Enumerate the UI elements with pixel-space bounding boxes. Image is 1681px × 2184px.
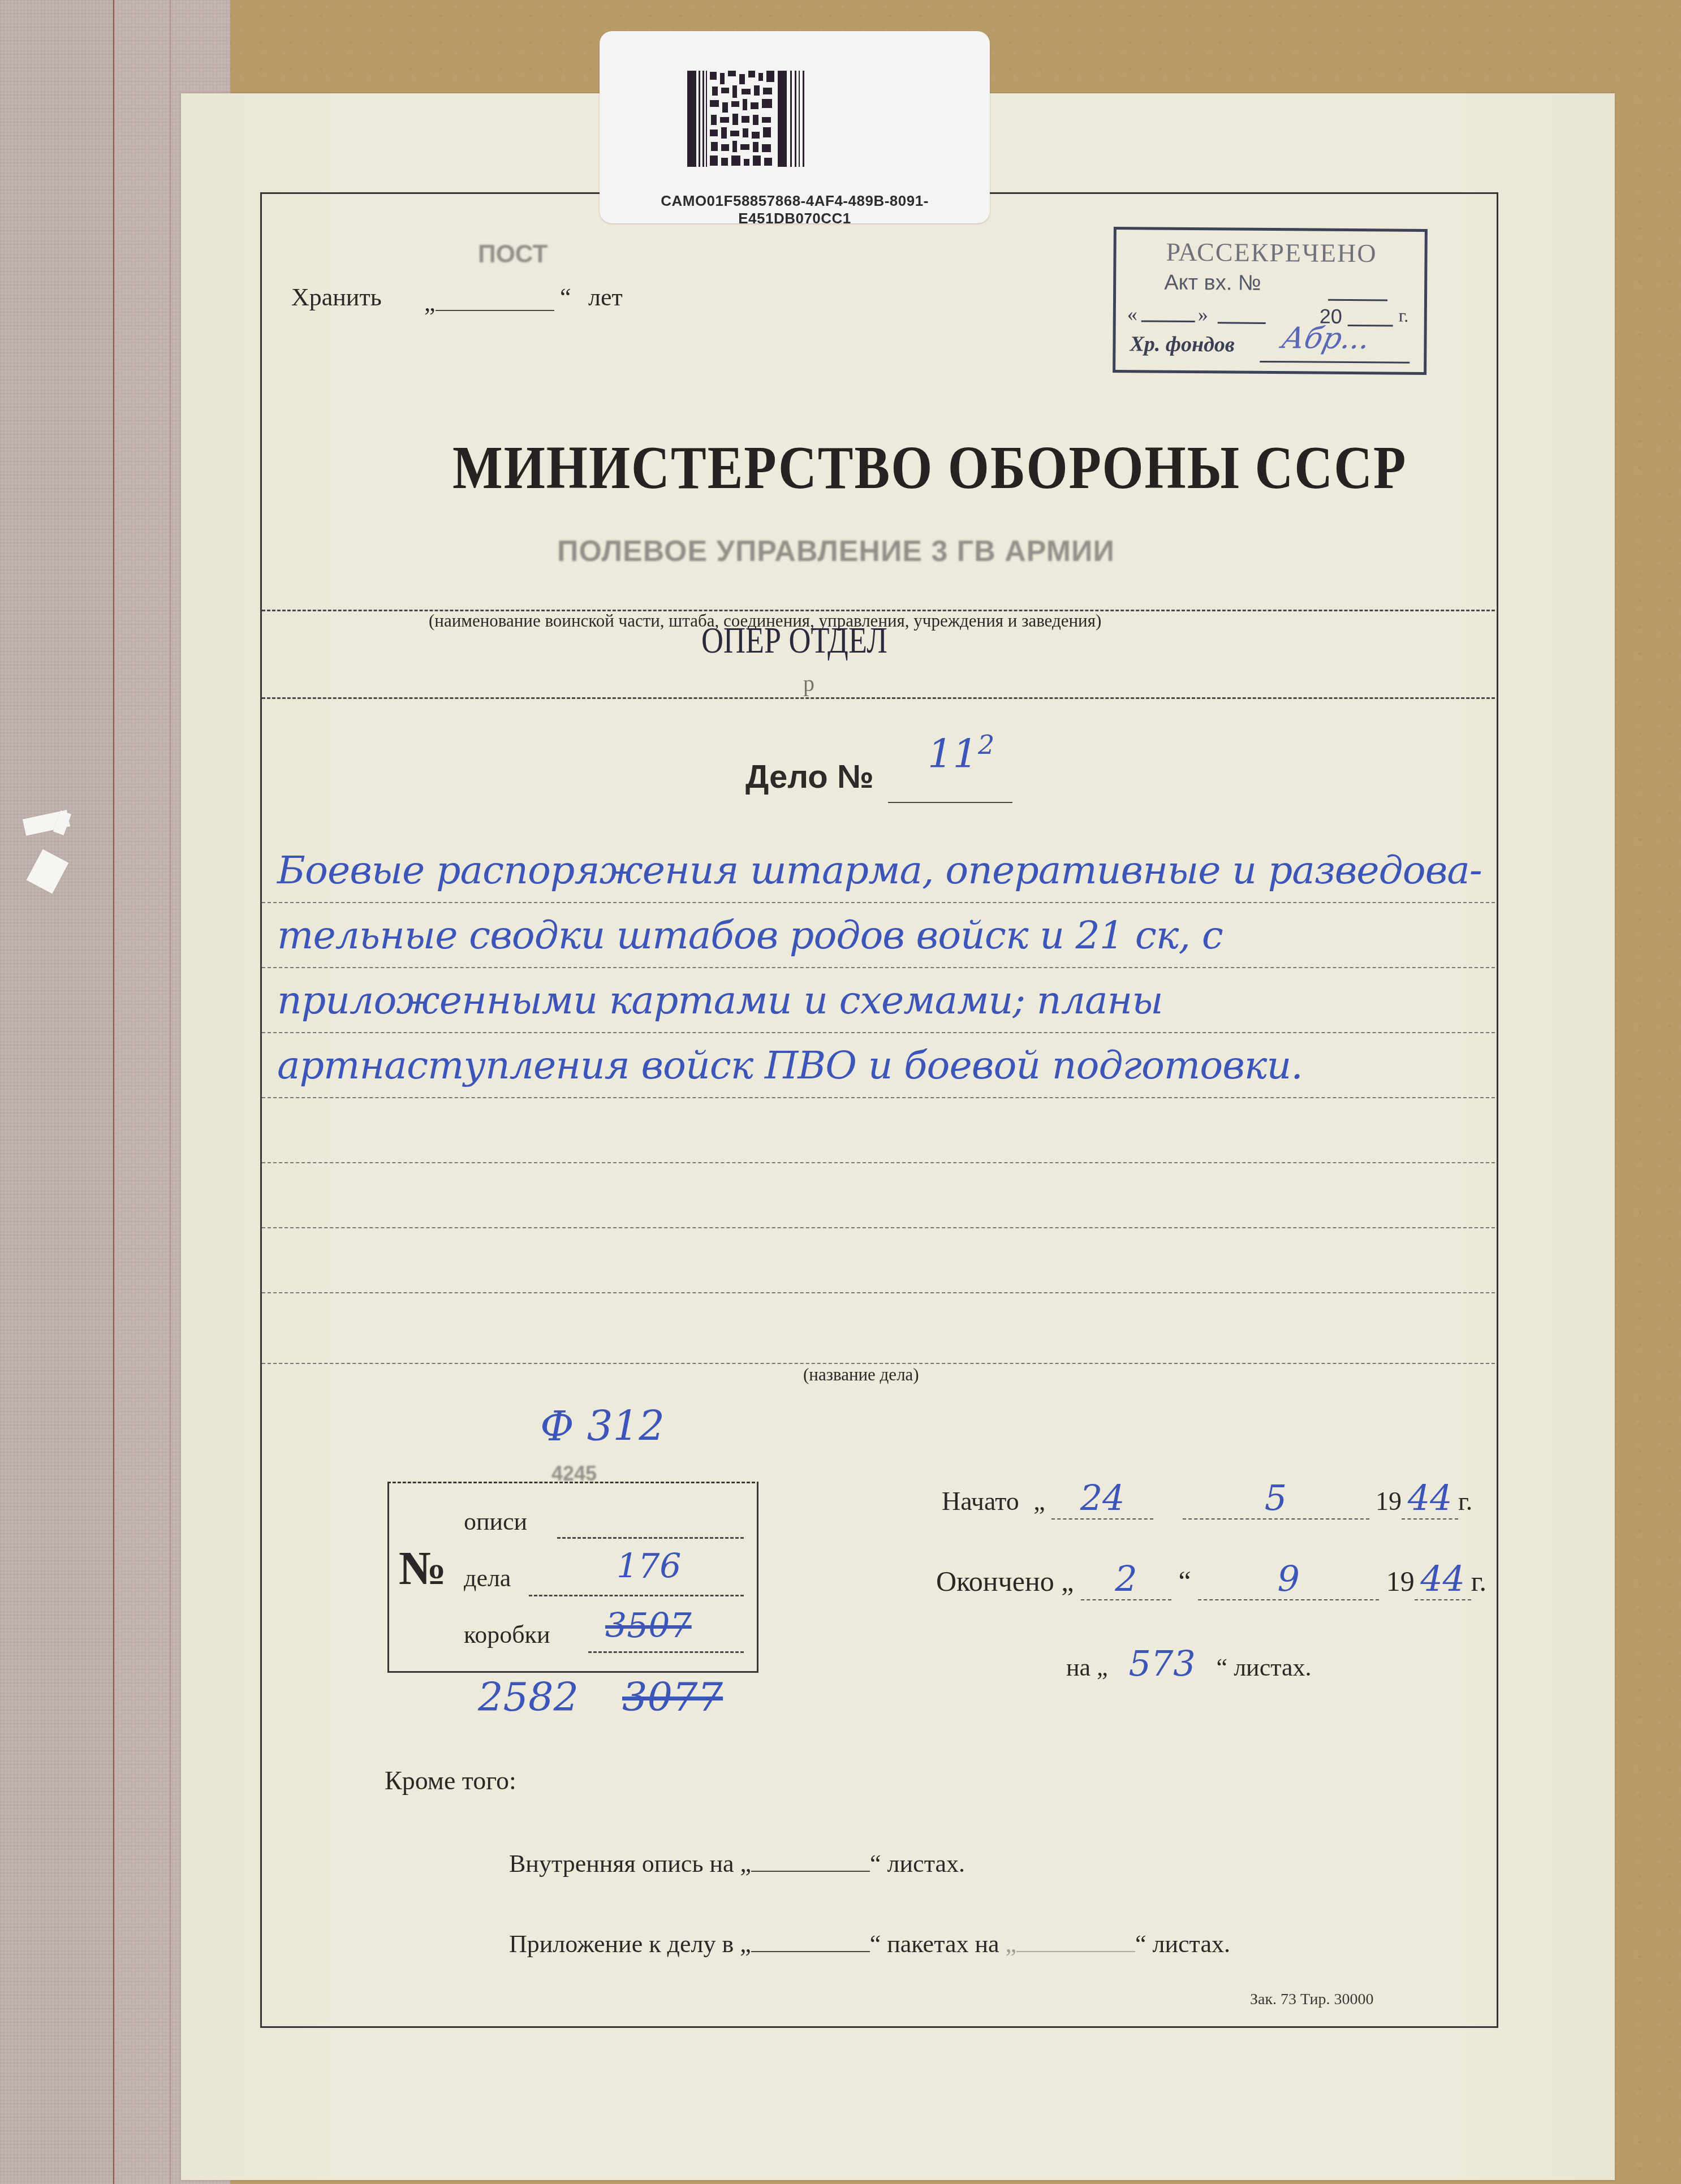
binding-seam <box>170 0 171 2184</box>
inventory-sheets-field[interactable] <box>751 1871 870 1872</box>
appendix-suffix: листах. <box>1153 1930 1230 1958</box>
title-rule-3 <box>262 1032 1495 1033</box>
title-rule-6 <box>262 1227 1495 1228</box>
fund-keeper-label: Хр. фондов <box>1130 331 1235 357</box>
department-stamp: ОПЕР ОТДЕЛ <box>701 619 887 661</box>
department-sub: р <box>803 670 814 697</box>
keep-years-field[interactable] <box>436 310 554 311</box>
barcode-id: CAMO01F58857868-4AF4-489B-8091-E451DB070… <box>614 192 976 227</box>
case-name-caption: (название дела) <box>803 1365 919 1385</box>
started-label: Начато <box>942 1487 1019 1516</box>
signature-line <box>1260 361 1410 364</box>
korobki-value-struck[interactable]: 3507 <box>605 1606 692 1646</box>
case-title-line-3[interactable]: приложенными картами и схемами; планы <box>277 978 1163 1023</box>
quote-close: “ <box>1178 1565 1191 1597</box>
quote-open: „ <box>1033 1487 1045 1516</box>
box-number-new[interactable]: 2582 <box>478 1674 579 1720</box>
sheets-count[interactable]: 573 <box>1114 1643 1210 1684</box>
years-label: лет <box>588 283 623 312</box>
case-number-label: Дело № <box>745 758 874 796</box>
appendix-packets-field[interactable] <box>751 1951 870 1952</box>
sheets-row: на „ 573 “ листах. <box>1066 1643 1311 1684</box>
inventory-prefix: Внутренняя опись на <box>509 1850 734 1877</box>
ended-label: Окончено <box>936 1565 1054 1597</box>
case-title-line-1[interactable]: Боевые распоряжения штарма, оперативные … <box>277 848 1482 893</box>
declassified-title: РАССЕКРЕЧЕНО <box>1166 237 1377 269</box>
title-rule-1 <box>262 902 1495 903</box>
started-row: Начато „ 24 5 1944г. <box>942 1477 1472 1520</box>
keeper-signature: Абр... <box>1279 321 1373 356</box>
title-rule-4 <box>262 1097 1495 1098</box>
print-info: Зак. 73 Тир. 30000 <box>1250 1991 1373 2009</box>
close-quote: “ <box>560 283 571 312</box>
ended-day[interactable]: 2 <box>1081 1558 1171 1600</box>
started-year[interactable]: 44 <box>1402 1477 1458 1520</box>
title-rule-8 <box>262 1363 1495 1364</box>
inventory-suffix: листах. <box>887 1850 965 1877</box>
quote-open: „ <box>1097 1654 1108 1681</box>
year-suffix: г. <box>1471 1565 1486 1597</box>
title-rule-2 <box>262 967 1495 968</box>
sheets-prefix: на <box>1066 1654 1091 1681</box>
appendix-mid: пакетах на <box>887 1930 999 1958</box>
case-number-line <box>888 802 1012 803</box>
keep-label: Хранить <box>291 283 382 312</box>
act-number-label: Акт вх. № <box>1164 271 1261 296</box>
ended-century: 19 <box>1386 1565 1415 1597</box>
sheets-suffix: листах. <box>1234 1654 1311 1681</box>
korobki-field-line <box>588 1651 744 1653</box>
quote-close: “ <box>1217 1654 1228 1681</box>
quote-open: „ <box>740 1850 752 1877</box>
title-rule-5 <box>262 1162 1495 1163</box>
started-day[interactable]: 24 <box>1051 1477 1153 1520</box>
quote-close: “ <box>870 1850 881 1877</box>
department-rule <box>262 697 1495 699</box>
date-quote-open: « <box>1127 302 1137 326</box>
appendix-prefix: Приложение к делу в <box>509 1930 734 1958</box>
started-century: 19 <box>1376 1487 1402 1516</box>
appendix-row: Приложение к делу в „“ пакетах на „“ лис… <box>509 1930 1230 1958</box>
quote-open: „ <box>740 1930 751 1958</box>
case-title-line-4[interactable]: артнаступления войск ПВО и боевой подгот… <box>277 1043 1303 1088</box>
quote-open: „ <box>1061 1565 1074 1597</box>
date-quote-close: » <box>1198 303 1208 326</box>
dela-field-line <box>529 1595 744 1596</box>
ended-month[interactable]: 9 <box>1198 1558 1379 1600</box>
inventory-row: Внутренняя опись на „“ листах. <box>509 1849 965 1878</box>
year-suffix: г. <box>1399 305 1409 326</box>
post-stamp: ПОСТ <box>478 240 548 269</box>
unit-stamp: ПОЛЕВОЕ УПРАВЛЕНИЕ 3 ГВ АРМИИ <box>557 534 1115 568</box>
case-title-line-2[interactable]: тельные сводки штабов родов войск и 21 с… <box>277 913 1223 958</box>
quote-close: “ <box>870 1930 881 1958</box>
case-number-value[interactable]: 112 <box>928 730 994 777</box>
date-day-line <box>1141 320 1195 322</box>
year-suffix: г. <box>1458 1487 1472 1516</box>
number-sign: № <box>399 1541 446 1596</box>
box-number-struck[interactable]: 3077 <box>622 1674 723 1720</box>
ended-row: Окончено „ 2 “ 9 1944г. <box>936 1558 1486 1600</box>
appendix-sheets-field[interactable] <box>1016 1951 1135 1952</box>
case-number: 11 <box>928 731 978 777</box>
dela-label: дела <box>464 1564 511 1592</box>
case-number-sup: 2 <box>978 730 994 760</box>
opisi-field[interactable] <box>557 1537 744 1539</box>
open-quote: „ <box>424 288 436 317</box>
korobki-label: коробки <box>464 1620 550 1649</box>
act-number-line <box>1328 299 1387 301</box>
quote-close: “ <box>1135 1930 1146 1958</box>
quote-open: „ <box>1006 1930 1017 1958</box>
title-rule-7 <box>262 1292 1495 1293</box>
dela-value[interactable]: 176 <box>617 1547 682 1586</box>
declassified-stamp: РАССЕКРЕЧЕНО Акт вх. № « » 20 г. Хр. фон… <box>1113 227 1428 375</box>
additional-heading: Кроме того: <box>385 1766 516 1795</box>
fond-number[interactable]: Ф 312 <box>540 1402 665 1450</box>
ended-year[interactable]: 44 <box>1415 1558 1471 1600</box>
ministry-heading: МИНИСТЕРСТВО ОБОРОНЫ СССР <box>452 433 1407 503</box>
opisi-label: описи <box>464 1507 527 1536</box>
started-month[interactable]: 5 <box>1183 1477 1369 1520</box>
pdf417-barcode-icon <box>687 71 814 167</box>
date-month-line <box>1218 322 1266 324</box>
